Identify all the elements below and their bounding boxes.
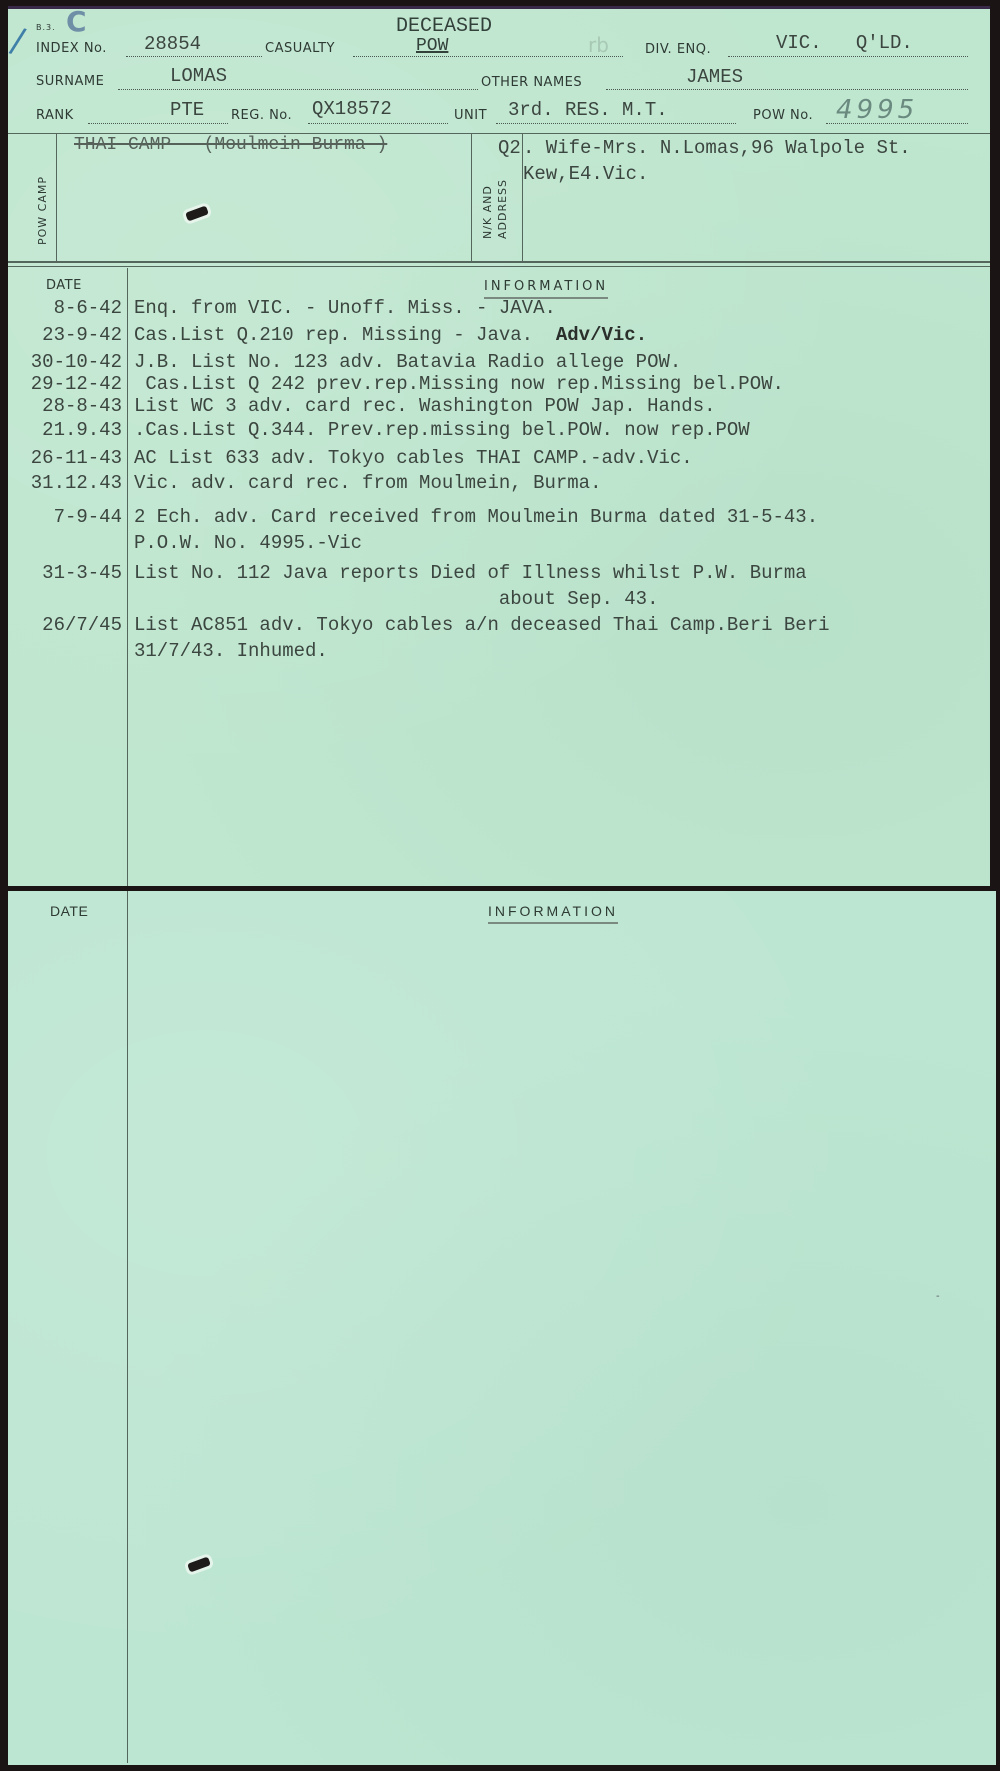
reg-no-label: REG. No. (231, 108, 292, 123)
entry-information: List No. 112 Java reports Died of Illnes… (134, 562, 807, 584)
entry-information: about Sep. 43. (134, 588, 659, 610)
casualty-value: POW (416, 36, 448, 56)
entry-information: Vic. adv. card rec. from Moulmein, Burma… (134, 472, 601, 494)
unit-label: UNIT (454, 108, 487, 123)
entry-information: Enq. from VIC. - Unoff. Miss. - JAVA. (134, 297, 556, 319)
rank-leader (88, 123, 228, 124)
div-enq-label: DIV. ENQ. (645, 42, 711, 57)
pow-no-label: POW No. (753, 108, 813, 123)
div-enq-leader (728, 56, 968, 57)
entry-information: .Cas.List Q.344. Prev.rep.missing bel.PO… (134, 419, 750, 441)
entry-date: 8-6-42 (2, 297, 122, 319)
information-header-back: INFORMATION (488, 903, 618, 919)
unit-value: 3rd. RES. M.T. (508, 99, 668, 121)
entry-date: 28-8-43 (2, 395, 122, 417)
nok-prefix: Q2 (498, 137, 521, 159)
entry-date: 31.12.43 (2, 472, 122, 494)
reg-no-value: QX18572 (312, 98, 392, 120)
entry-date: 21.9.43 (2, 419, 122, 441)
nok-label-line2: ADDRESS (496, 179, 509, 239)
date-column-divider-back (127, 891, 128, 1763)
pow-no-value: 4995 (836, 95, 918, 125)
entry-information: List WC 3 adv. card rec. Washington POW … (134, 395, 716, 417)
casualty-stamp: DECEASED (396, 15, 492, 38)
nok-address-line2: Kew,E4.Vic. (523, 163, 648, 185)
form-code: B.3. (36, 23, 56, 32)
double-rule-bottom (8, 266, 990, 267)
pow-camp-value: THAI CAMP - (Moulmein Burma ) (74, 135, 387, 155)
date-column-divider (127, 268, 128, 886)
other-names-label: OTHER NAMES (481, 75, 582, 90)
faint-pencil-mark: rb (588, 33, 609, 57)
surname-value: LOMAS (170, 65, 227, 87)
entry-date: 26-11-43 (2, 447, 122, 469)
casualty-label: CASUALTY (265, 41, 335, 56)
surname-leader (118, 89, 478, 90)
entry-information: Cas.List Q 242 prev.rep.Missing now rep.… (134, 373, 784, 395)
other-names-value: JAMES (686, 66, 743, 88)
entry-information: 2 Ech. adv. Card received from Moulmein … (134, 506, 818, 528)
entry-date: 23-9-42 (2, 324, 122, 346)
pow-camp-label: POW CAMP (36, 176, 49, 245)
other-names-leader (606, 89, 968, 90)
rank-value: PTE (170, 99, 204, 121)
entry-information: P.O.W. No. 4995.-Vic (134, 532, 362, 554)
surname-label: SURNAME (36, 74, 104, 89)
rank-label: RANK (36, 108, 74, 123)
entry-information: 31/7/43. Inhumed. (134, 640, 328, 662)
information-header: INFORMATION (484, 279, 608, 294)
entry-date: 30-10-42 (2, 351, 122, 373)
entry-information: AC List 633 adv. Tokyo cables THAI CAMP.… (134, 447, 693, 469)
entry-date: 7-9-44 (2, 506, 122, 528)
index-no-leader (126, 56, 262, 57)
handwritten-mark: C (66, 5, 87, 38)
nok-label-line1: N/K AND (481, 185, 494, 239)
handwritten-stroke: / (7, 20, 28, 62)
record-card-front: / B.3. C INDEX No. 28854 CASUALTY DECEAS… (8, 6, 990, 886)
index-no-value: 28854 (144, 33, 201, 55)
pow-camp-divider (56, 133, 57, 261)
entry-date: 31-3-45 (2, 562, 122, 584)
entry-information: Cas.List Q.210 rep. Missing - Java. Adv/… (134, 324, 647, 346)
record-card-back: DATE INFORMATION - (8, 891, 996, 1765)
div-enq-value: VIC. Q'LD. (776, 32, 913, 54)
nok-left-divider (471, 133, 472, 261)
punch-hole-back (187, 1557, 211, 1573)
entry-information: List AC851 adv. Tokyo cables a/n decease… (134, 614, 830, 636)
casualty-leader (353, 56, 623, 57)
entry-annotation: Adv/Vic. (533, 324, 647, 346)
entry-date: 26/7/45 (2, 614, 122, 636)
double-rule-top (8, 261, 990, 263)
index-no-label: INDEX No. (36, 41, 107, 56)
entry-information: J.B. List No. 123 adv. Batavia Radio all… (134, 351, 681, 373)
date-header: DATE (46, 278, 82, 293)
header-divider (8, 133, 990, 134)
reg-no-leader (308, 123, 448, 124)
unit-leader (496, 123, 736, 124)
date-header-back: DATE (50, 903, 88, 919)
punch-hole (185, 206, 209, 222)
nok-address-line1: . Wife-Mrs. N.Lomas,96 Walpole St. (523, 137, 911, 159)
entry-date: 29-12-42 (2, 373, 122, 395)
speck: - (936, 1291, 940, 1302)
